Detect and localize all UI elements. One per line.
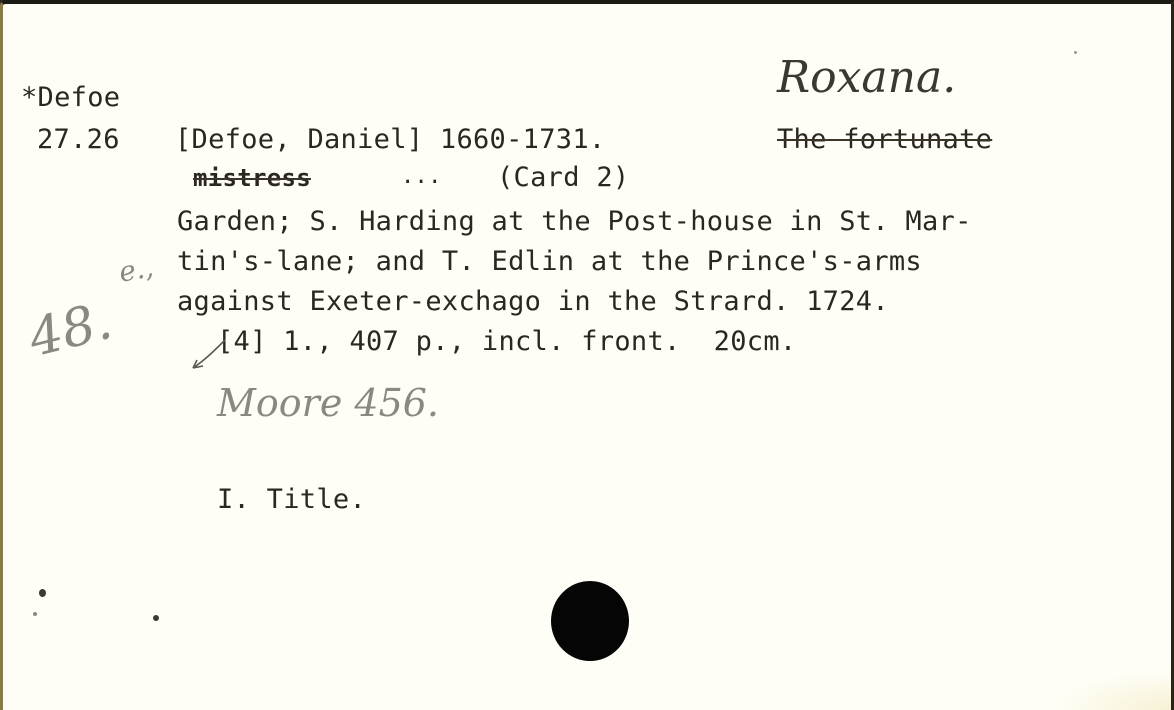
punch-hole — [551, 581, 629, 661]
handwritten-title-annotation: Roxana. — [777, 56, 956, 100]
imprint-line-2: tin's-lane; and T. Edlin at the Prince's… — [177, 248, 922, 275]
struck-title-part1: The fortunate — [777, 126, 992, 153]
handwritten-correction-mark-icon — [189, 334, 229, 374]
handwritten-margin-note-small: e., — [117, 253, 156, 287]
author-heading: [Defoe, Daniel] 1660-1731. — [175, 126, 605, 153]
handwritten-margin-note: 48. — [24, 295, 117, 365]
imprint-line-1: Garden; S. Harding at the Post-house in … — [177, 208, 972, 235]
catalog-card: *Defoe 27.26 Roxana. [Defoe, Daniel] 166… — [0, 0, 1174, 710]
speck-mark — [153, 615, 159, 621]
call-number-line2: 27.26 — [37, 126, 120, 153]
collation: [4] 1., 407 p., incl. front. 20cm. — [217, 328, 796, 355]
imprint-line-3: against Exeter-exchago in the Strard. 17… — [177, 288, 889, 315]
speck-mark — [33, 612, 37, 616]
speck-mark — [1074, 51, 1077, 54]
handwritten-reference: Moore 456. — [217, 384, 439, 422]
tracing: I. Title. — [217, 486, 366, 513]
struck-title-part2: mistress — [193, 166, 311, 190]
speck-mark — [39, 589, 46, 597]
call-number-line1: *Defoe — [21, 84, 120, 111]
card-number: (Card 2) — [497, 164, 629, 191]
ellipsis: ... — [401, 166, 442, 188]
